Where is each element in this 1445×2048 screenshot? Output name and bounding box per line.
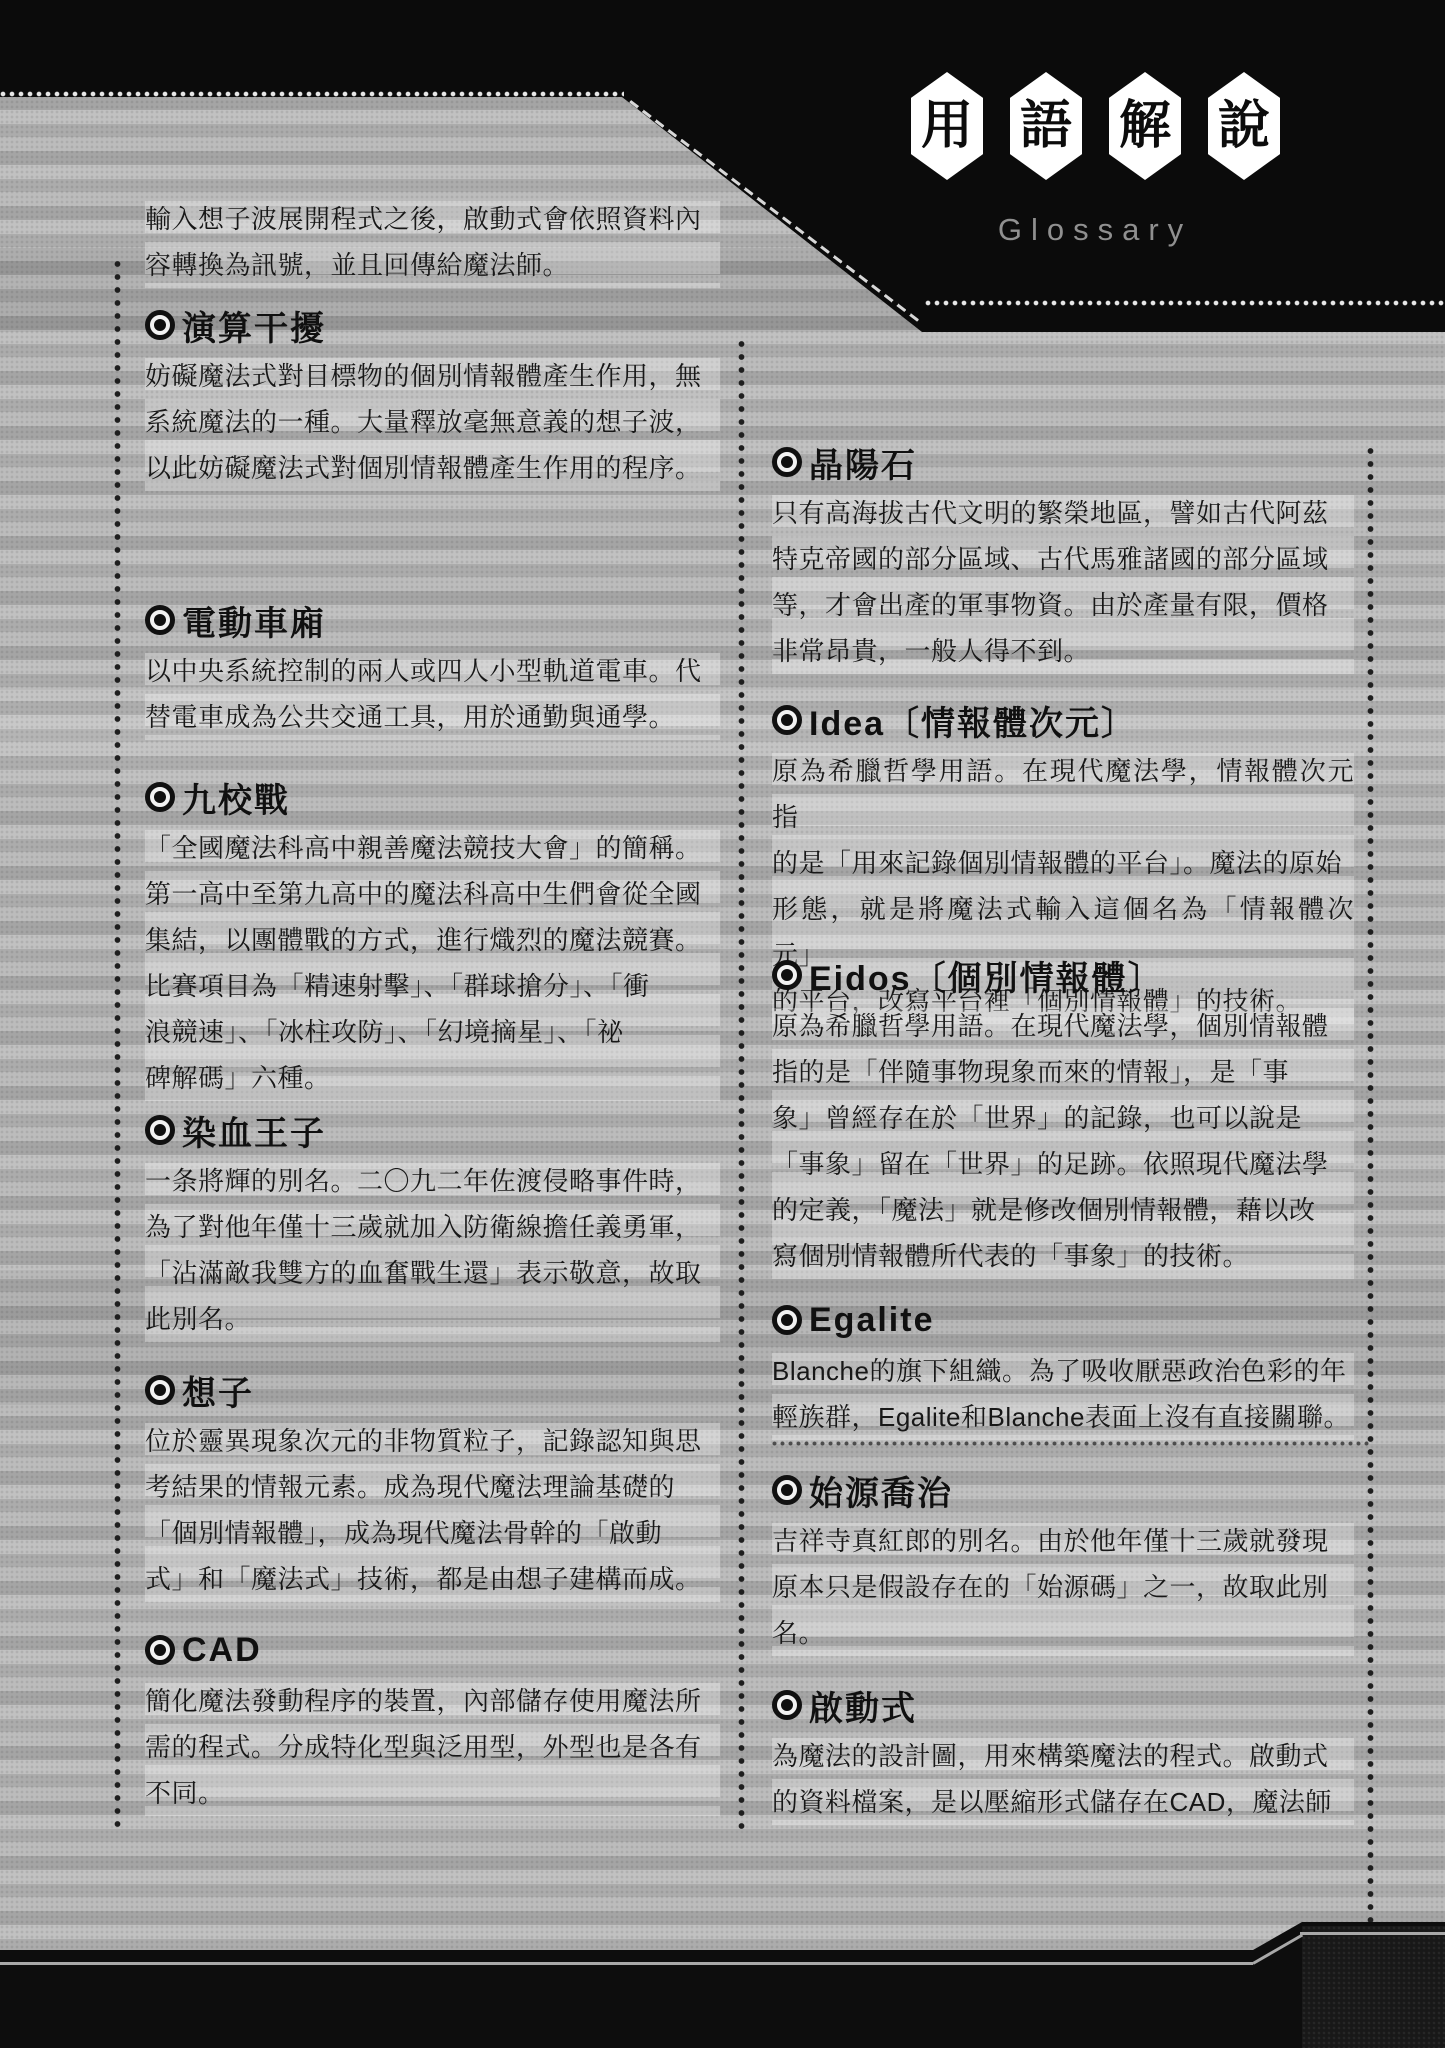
glossary-subtitle: Glossary <box>878 212 1312 248</box>
entry-bullet-icon <box>772 1305 802 1335</box>
entry-bullet-icon <box>145 1635 175 1665</box>
entry-term: Idea〔情報體次元〕 <box>772 698 1354 742</box>
entry-term-text: 晶陽石 <box>809 438 917 487</box>
entry-term: 染血王子 <box>145 1108 720 1152</box>
entry-body: Blanche的旗下組織。為了吸收厭惡政治色彩的年 輕族群，Egalite和Bl… <box>772 1348 1354 1440</box>
entry-body: 為魔法的設計圖，用來構築魔法的程式。啟動式 的資料檔案，是以壓縮形式儲存在CAD… <box>772 1733 1354 1825</box>
glossary-entry: 晶陽石 只有高海拔古代文明的繁榮地區，譬如古代阿茲 特克帝國的部分區域、古代馬雅… <box>772 440 1354 674</box>
entry-term: Eidos〔個別情報體〕 <box>772 953 1354 997</box>
entry-term-text: Eidos〔個別情報體〕 <box>809 951 1164 1000</box>
entry-term: 想子 <box>145 1368 720 1412</box>
entry-term-text: 想子 <box>182 1366 254 1415</box>
entry-bullet-icon <box>145 1375 175 1405</box>
entry-term-text: Idea〔情報體次元〕 <box>809 696 1137 745</box>
intro-paragraph: 輸入想子波展開程式之後，啟動式會依照資料內 容轉換為訊號，並且回傳給魔法師。 <box>145 196 720 288</box>
entry-term: 演算干擾 <box>145 303 720 347</box>
entry-bullet-icon <box>145 605 175 635</box>
glossary-entry: Egalite Blanche的旗下組織。為了吸收厭惡政治色彩的年 輕族群，Eg… <box>772 1298 1354 1440</box>
entry-body: 簡化魔法發動程序的裝置，內部儲存使用魔法所 需的程式。分成特化型與泛用型，外型也… <box>145 1678 720 1816</box>
entry-bullet-icon <box>145 1115 175 1145</box>
entry-body: 原為希臘哲學用語。在現代魔法學，個別情報體 指的是「伴隨事物現象而來的情報」，是… <box>772 1003 1354 1279</box>
column-divider-middle <box>738 338 745 1834</box>
entry-bullet-icon <box>145 310 175 340</box>
column-divider-right <box>1367 445 1374 1933</box>
entry-bullet-icon <box>772 960 802 990</box>
glossary-entry: 想子 位於靈異現象次元的非物質粒子，記錄認知與思 考結果的情報元素。成為現代魔法… <box>145 1368 720 1602</box>
entry-bullet-icon <box>772 1475 802 1505</box>
entry-term-text: 電動車廂 <box>182 596 326 645</box>
entry-term-text: 啟動式 <box>809 1681 917 1730</box>
entry-bullet-icon <box>145 782 175 812</box>
glossary-entry: CAD 簡化魔法發動程序的裝置，內部儲存使用魔法所 需的程式。分成特化型與泛用型… <box>145 1628 720 1816</box>
entry-term-text: 九校戰 <box>182 773 290 822</box>
entry-term-text: Egalite <box>809 1301 934 1340</box>
entry-body: 妨礙魔法式對目標物的個別情報體產生作用，無 系統魔法的一種。大量釋放毫無意義的想… <box>145 353 720 491</box>
glossary-entry: Eidos〔個別情報體〕 原為希臘哲學用語。在現代魔法學，個別情報體 指的是「伴… <box>772 953 1354 1279</box>
column-divider-left <box>114 258 121 1834</box>
entry-underline-rule <box>772 1441 1370 1446</box>
entry-term-text: 始源喬治 <box>809 1466 953 1515</box>
entry-term: 啟動式 <box>772 1683 1354 1727</box>
glossary-page: { "header": { "badges": ["用", "語", "解", … <box>0 0 1445 2048</box>
entry-term: 電動車廂 <box>145 598 720 642</box>
entry-term: CAD <box>145 1628 720 1672</box>
title-badge-char: 解 <box>1119 100 1171 152</box>
title-badge-char: 說 <box>1218 100 1270 152</box>
header-dotted-edge-right <box>925 300 1445 306</box>
footer-accent-line-right <box>1300 1932 1445 1935</box>
entry-term: 九校戰 <box>145 775 720 819</box>
footer-corner-panel <box>1302 1926 1445 2048</box>
entry-bullet-icon <box>772 447 802 477</box>
entry-body: 只有高海拔古代文明的繁榮地區，譬如古代阿茲 特克帝國的部分區域、古代馬雅諸國的部… <box>772 490 1354 674</box>
glossary-entry: 電動車廂 以中央系統控制的兩人或四人小型軌道電車。代 替電車成為公共交通工具，用… <box>145 598 720 740</box>
title-badge-char: 用 <box>921 100 973 152</box>
glossary-entry: 啟動式 為魔法的設計圖，用來構築魔法的程式。啟動式 的資料檔案，是以壓縮形式儲存… <box>772 1683 1354 1825</box>
entry-body: 「全國魔法科高中親善魔法競技大會」的簡稱。 第一高中至第九高中的魔法科高中生們會… <box>145 825 720 1101</box>
entry-term: Egalite <box>772 1298 1354 1342</box>
entry-term: 始源喬治 <box>772 1468 1354 1512</box>
footer-band <box>0 1918 1445 2048</box>
entry-body: 吉祥寺真紅郎的別名。由於他年僅十三歲就發現 原本只是假設存在的「始源碼」之一，故… <box>772 1518 1354 1656</box>
glossary-entry: 演算干擾 妨礙魔法式對目標物的個別情報體產生作用，無 系統魔法的一種。大量釋放毫… <box>145 303 720 491</box>
glossary-entry: 染血王子 一条將輝的別名。二〇九二年佐渡侵略事件時， 為了對他年僅十三歲就加入防… <box>145 1108 720 1342</box>
title-badge-char: 語 <box>1020 100 1072 152</box>
entry-bullet-icon <box>772 705 802 735</box>
entry-term-text: CAD <box>182 1631 262 1670</box>
entry-bullet-icon <box>772 1690 802 1720</box>
entry-body: 一条將輝的別名。二〇九二年佐渡侵略事件時， 為了對他年僅十三歲就加入防衛線擔任義… <box>145 1158 720 1342</box>
entry-body: 位於靈異現象次元的非物質粒子，記錄認知與思 考結果的情報元素。成為現代魔法理論基… <box>145 1418 720 1602</box>
entry-body: 以中央系統控制的兩人或四人小型軌道電車。代 替電車成為公共交通工具，用於通勤與通… <box>145 648 720 740</box>
entry-term-text: 演算干擾 <box>182 301 326 350</box>
glossary-entry: 始源喬治 吉祥寺真紅郎的別名。由於他年僅十三歲就發現 原本只是假設存在的「始源碼… <box>772 1468 1354 1656</box>
entry-term: 晶陽石 <box>772 440 1354 484</box>
footer-accent-line <box>0 1962 1253 1965</box>
glossary-entry: 九校戰 「全國魔法科高中親善魔法競技大會」的簡稱。 第一高中至第九高中的魔法科高… <box>145 775 720 1101</box>
header-dotted-edge-left <box>0 91 624 97</box>
entry-term-text: 染血王子 <box>182 1106 326 1155</box>
